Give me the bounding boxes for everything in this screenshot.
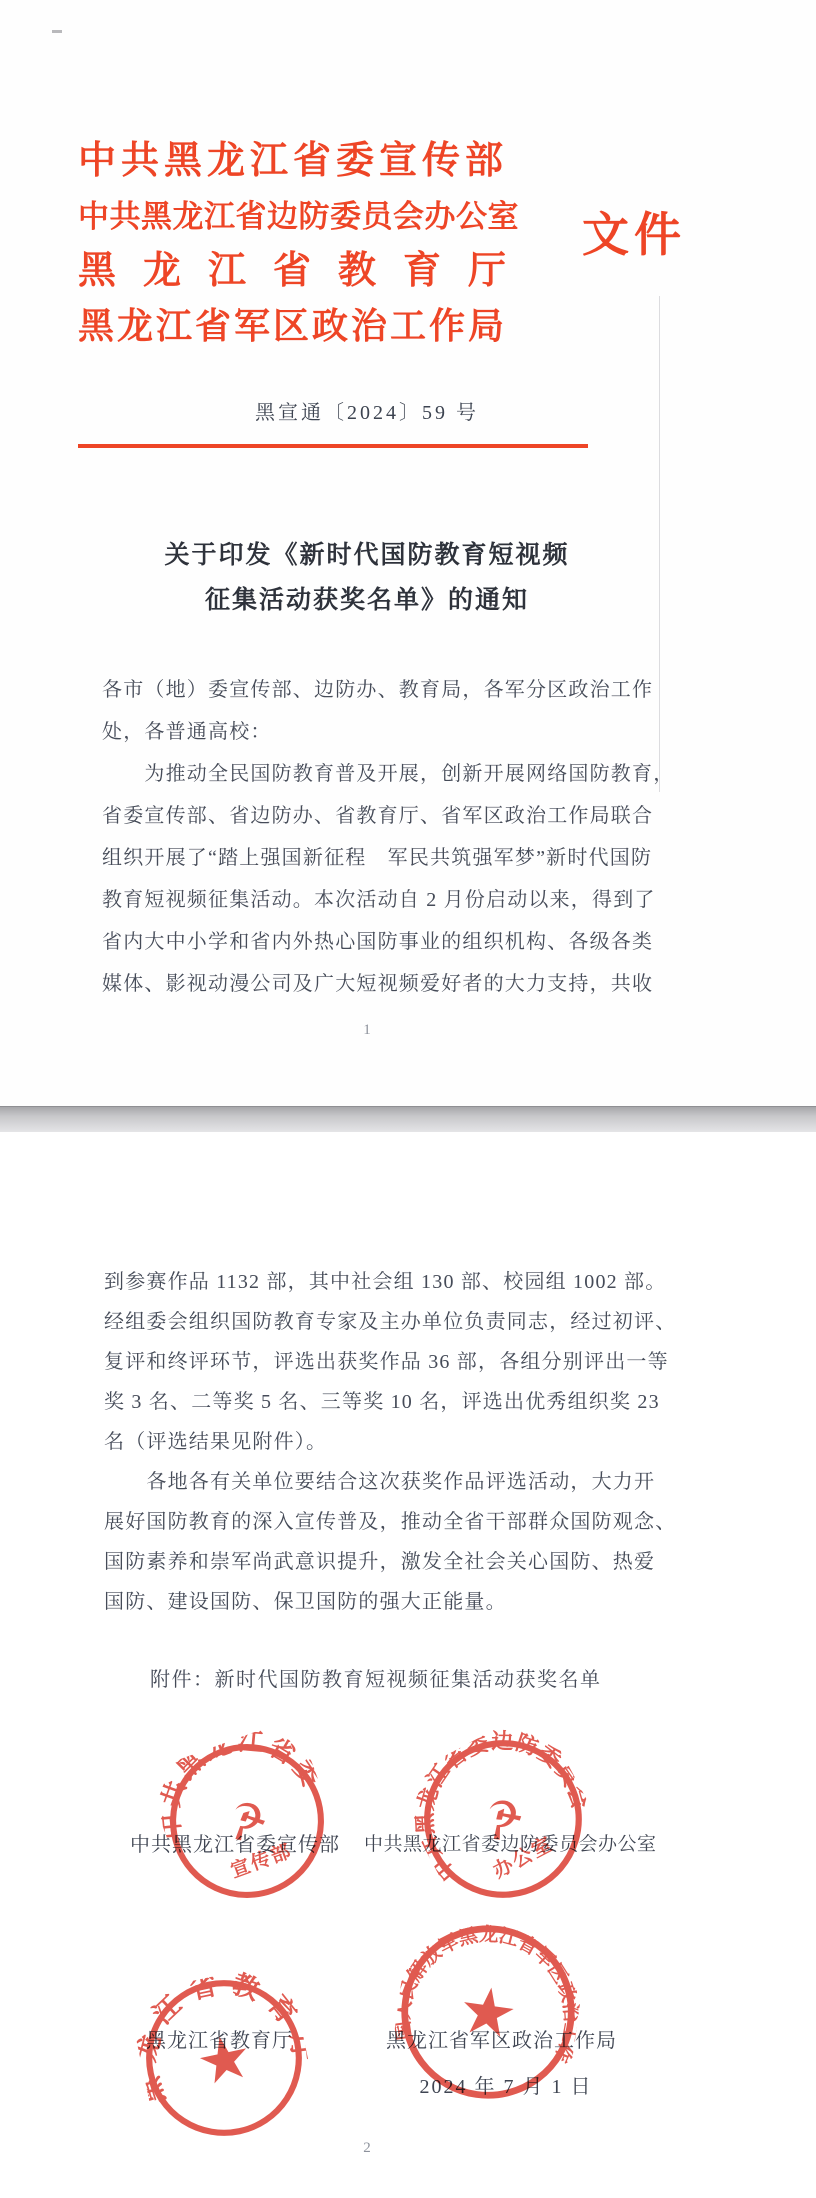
body-line: 到参赛作品 1132 部，其中社会组 130 部、校园组 1002 部。 <box>104 1262 684 1302</box>
page-2-body: 到参赛作品 1132 部，其中社会组 130 部、校园组 1002 部。 经组委… <box>104 1262 684 1622</box>
red-divider-rule <box>78 444 588 448</box>
body-line: 省委宣传部、省边防办、省教育厅、省军区政治工作局联合 <box>102 795 682 837</box>
page-1-body: 各市（地）委宣传部、边防办、教育局，各军分区政治工作 处，各普通高校： 为推动全… <box>102 669 682 1005</box>
star-icon: ★ <box>190 2019 259 2101</box>
document-title: 关于印发《新时代国防教育短视频 征集活动获奖名单》的通知 <box>78 533 656 623</box>
body-line: 省内大中小学和省内外热心国防事业的组织机构、各级各类 <box>102 921 682 963</box>
page-1: 中共黑龙江省委宣传部 中共黑龙江省边防委员会办公室 黑龙江省教育厅 黑龙江省军区… <box>0 0 816 1106</box>
body-line: 为推动全民国防教育普及开展，创新开展网络国防教育， <box>102 753 682 795</box>
page-number-1: 1 <box>78 1022 656 1039</box>
body-line: 奖 3 名、二等奖 5 名、三等奖 10 名，评选出优秀组织奖 23 <box>104 1382 684 1422</box>
body-line: 复评和终评环节，评选出获奖作品 36 部，各组分别评出一等 <box>104 1342 684 1382</box>
page-separator <box>0 1106 816 1133</box>
doc-type-label: 文件 <box>582 198 686 265</box>
body-line: 处，各普通高校： <box>102 711 682 753</box>
doc-number: 黑宣通〔2024〕59 号 <box>78 396 656 425</box>
scan-artifact <box>52 30 62 33</box>
body-line: 各地各有关单位要结合这次获奖作品评选活动，大力开 <box>104 1462 684 1502</box>
star-icon: ★ <box>454 1971 523 2054</box>
body-line: 国防素养和崇军尚武意识提升，激发全社会关心国防、热爱 <box>104 1542 684 1582</box>
body-line: 展好国防教育的深入宣传普及，推动全省干部群众国防观念、 <box>104 1502 684 1542</box>
letterhead-agency-4: 黑龙江省军区政治工作局 <box>78 299 508 354</box>
hammer-sickle-icon: ☭ <box>218 1789 276 1854</box>
official-seal-military-district: 中国人民解放军黑龙江省军区政治工作局 ★ <box>386 1910 589 2113</box>
official-seal-education-dept: 黑龙江省教育厅 ★ <box>127 1961 322 2156</box>
letterhead: 中共黑龙江省委宣传部 中共黑龙江省边防委员会办公室 黑龙江省教育厅 黑龙江省军区… <box>78 134 508 354</box>
title-line-1: 关于印发《新时代国防教育短视频 <box>78 533 656 578</box>
scanned-official-document: 中共黑龙江省委宣传部 中共黑龙江省边防委员会办公室 黑龙江省教育厅 黑龙江省军区… <box>0 0 816 2198</box>
title-line-2: 征集活动获奖名单》的通知 <box>78 578 656 623</box>
attachment-line: 附件：新时代国防教育短视频征集活动获奖名单 <box>150 1663 602 1692</box>
body-line: 名（评选结果见附件）。 <box>104 1422 684 1462</box>
body-line: 经组委会组织国防教育专家及主办单位负责同志，经过初评、 <box>104 1302 684 1342</box>
body-line: 组织开展了“踏上强国新征程 军民共筑强军梦”新时代国防 <box>102 837 682 879</box>
page-number-2: 2 <box>78 2140 656 2157</box>
letterhead-agency-3: 黑龙江省教育厅 <box>78 244 508 299</box>
body-line: 各市（地）委宣传部、边防办、教育局，各军分区政治工作 <box>102 669 682 711</box>
letterhead-agency-1: 中共黑龙江省委宣传部 <box>78 134 508 189</box>
letterhead-agency-2: 中共黑龙江省边防委员会办公室 <box>78 189 508 244</box>
body-line: 教育短视频征集活动。本次活动自 2 月份启动以来，得到了 <box>102 879 682 921</box>
body-line: 媒体、影视动漫公司及广大短视频爱好者的大力支持，共收 <box>102 963 682 1005</box>
body-line: 国防、建设国防、保卫国防的强大正能量。 <box>104 1582 684 1622</box>
